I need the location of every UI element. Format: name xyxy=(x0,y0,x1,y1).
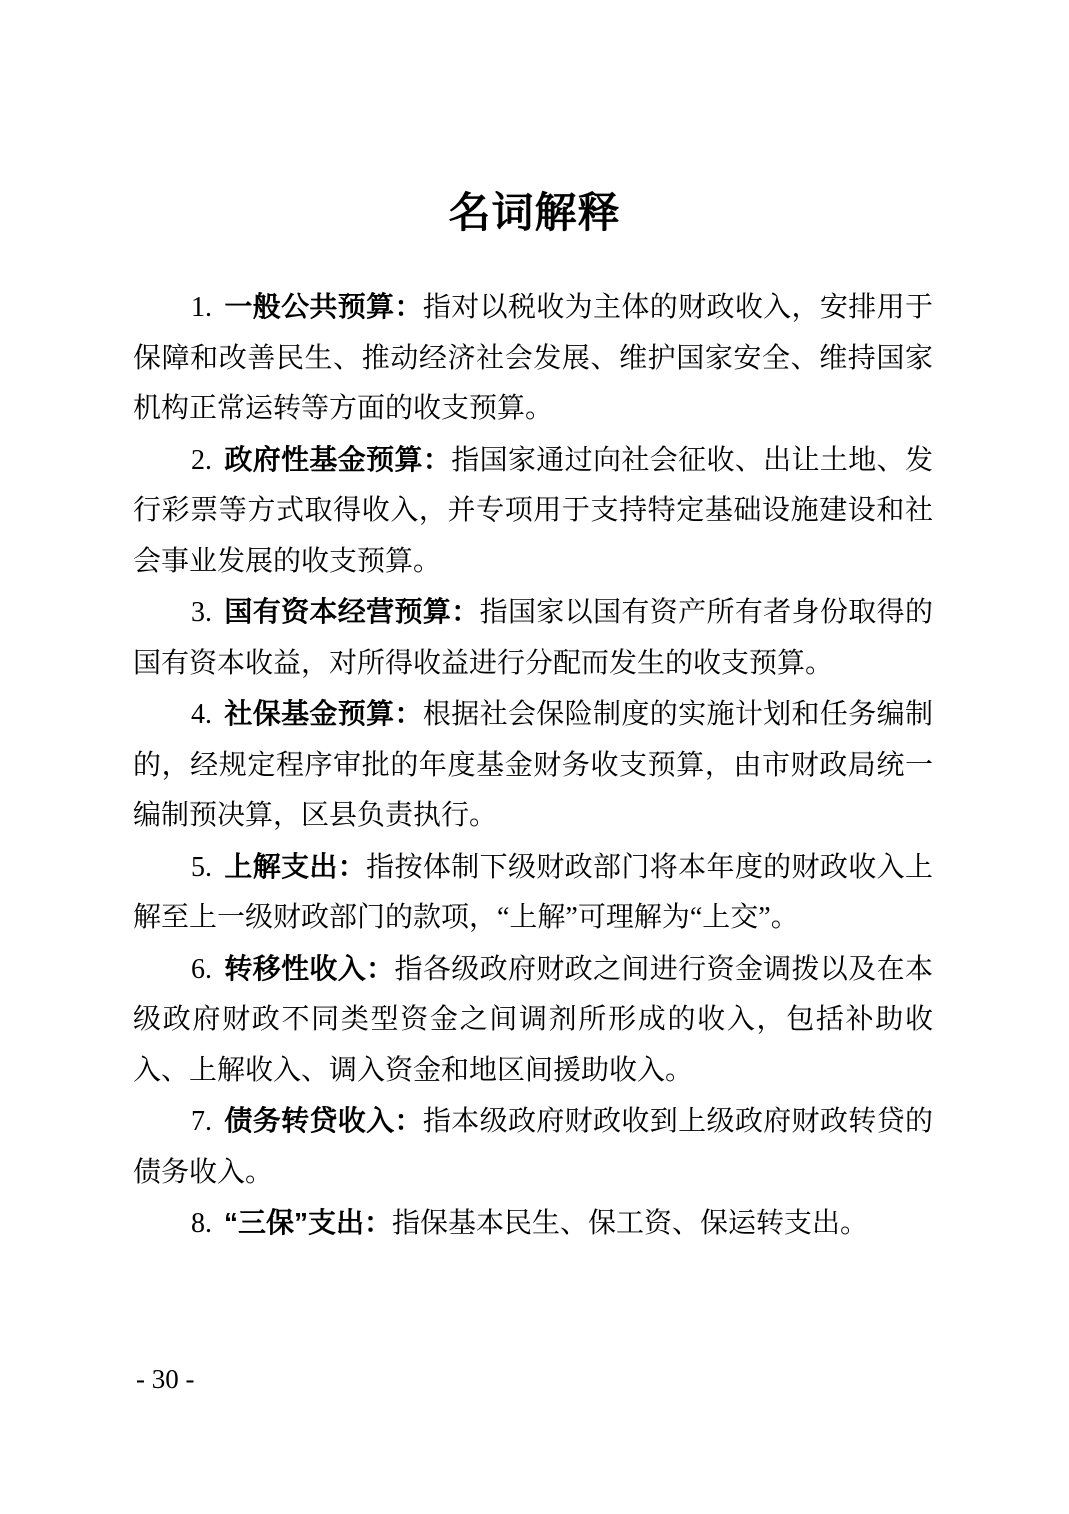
item-definition: 指保基本民生、保工资、保运转支出。 xyxy=(392,1208,868,1239)
document-page: 名词解释 1.一般公共预算：指对以税收为主体的财政收入，安排用于保障和改善民生、… xyxy=(0,0,1069,1514)
item-term: 债务转贷收入： xyxy=(224,1105,423,1136)
definition-item-1: 1.一般公共预算：指对以税收为主体的财政收入，安排用于保障和改善民生、推动经济社… xyxy=(133,282,933,435)
item-number: 3. xyxy=(191,597,212,628)
definition-item-7: 7.债务转贷收入：指本级政府财政收到上级政府财政转贷的债务收入。 xyxy=(133,1096,933,1198)
definition-item-3: 3.国有资本经营预算：指国家以国有资产所有者身份取得的国有资本收益，对所得收益进… xyxy=(133,587,933,689)
item-number: 2. xyxy=(191,445,212,476)
item-number: 6. xyxy=(191,954,212,985)
item-number: 7. xyxy=(191,1106,212,1137)
definition-item-8: 8.“三保”支出：指保基本民生、保工资、保运转支出。 xyxy=(133,1198,933,1250)
item-number: 1. xyxy=(191,292,212,323)
definition-item-4: 4.社保基金预算：根据社会保险制度的实施计划和任务编制的，经规定程序审批的年度基… xyxy=(133,689,933,842)
definition-item-6: 6.转移性收入：指各级政府财政之间进行资金调拨以及在本级政府财政不同类型资金之间… xyxy=(133,944,933,1097)
page-number: - 30 - xyxy=(136,1364,194,1395)
definition-item-2: 2.政府性基金预算：指国家通过向社会征收、出让土地、发行彩票等方式取得收入，并专… xyxy=(133,435,933,588)
item-term: 政府性基金预算： xyxy=(224,444,451,475)
item-number: 5. xyxy=(191,852,212,883)
item-term: 上解支出： xyxy=(224,851,366,882)
definition-item-5: 5.上解支出：指按体制下级财政部门将本年度的财政收入上解至上一级财政部门的款项，… xyxy=(133,842,933,944)
item-number: 4. xyxy=(191,699,212,730)
item-number: 8. xyxy=(191,1208,212,1239)
item-term: 社保基金预算： xyxy=(224,698,423,729)
item-term: 国有资本经营预算： xyxy=(224,596,480,627)
definitions-list: 1.一般公共预算：指对以税收为主体的财政收入，安排用于保障和改善民生、推动经济社… xyxy=(133,282,933,1250)
item-term: “三保”支出： xyxy=(224,1207,392,1238)
item-term: 转移性收入： xyxy=(224,953,395,984)
item-term: 一般公共预算： xyxy=(224,291,423,322)
page-title: 名词解释 xyxy=(0,190,1069,236)
